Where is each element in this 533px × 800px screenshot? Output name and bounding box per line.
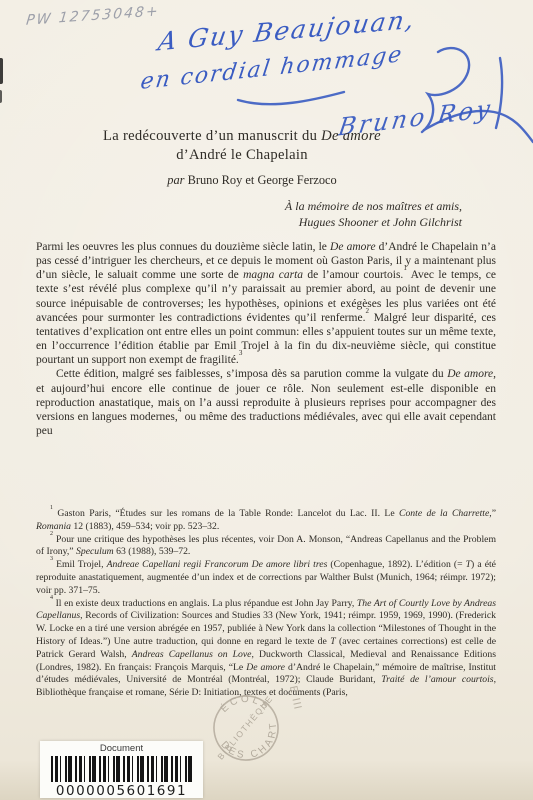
footnote: 2 Pour une critique des hypothèses les p…	[36, 534, 496, 560]
body-paragraph: Parmi les oeuvres les plus connues du do…	[36, 240, 496, 367]
footnotes: 1 Gaston Paris, “Études sur les romans d…	[36, 508, 496, 700]
pencil-catalog-number: PW 12753048+	[25, 3, 160, 28]
barcode-number: 0000005601691	[40, 783, 203, 799]
footnote: 1 Gaston Paris, “Études sur les romans d…	[36, 508, 496, 534]
epigraph-line2: Hugues Shooner et John Gilchrist	[285, 214, 462, 230]
footnote: 3 Emil Trojel, Andreae Capellani regii F…	[36, 559, 496, 597]
scan-edge-artifact	[0, 90, 2, 103]
title-line2: d’André le Chapelain	[0, 146, 484, 165]
title-line1: La redécouverte d’un manuscrit du De amo…	[0, 127, 484, 146]
epigraph-line1: À la mémoire de nos maîtres et amis,	[285, 198, 462, 214]
body-paragraph: Cette édition, malgré ses faiblesses, s’…	[36, 367, 496, 438]
article-body: Parmi les oeuvres les plus connues du do…	[36, 240, 496, 438]
barcode-sticker: Document 0000005601691	[40, 741, 203, 798]
library-stamp-icon: ÉCOLE DES CHARTES BIBLIOTHÈQUE	[189, 671, 303, 785]
epigraph: À la mémoire de nos maîtres et amis, Hug…	[285, 198, 462, 230]
byline: par Bruno Roy et George Ferzoco	[0, 173, 504, 188]
scanned-page: PW 12753048+ A Guy Beaujouan, en cordial…	[0, 0, 533, 800]
scan-edge-artifact	[0, 58, 3, 84]
article-title: La redécouverte d’un manuscrit du De amo…	[0, 127, 484, 165]
barcode-label: Document	[40, 743, 203, 754]
barcode-icon	[51, 756, 193, 782]
